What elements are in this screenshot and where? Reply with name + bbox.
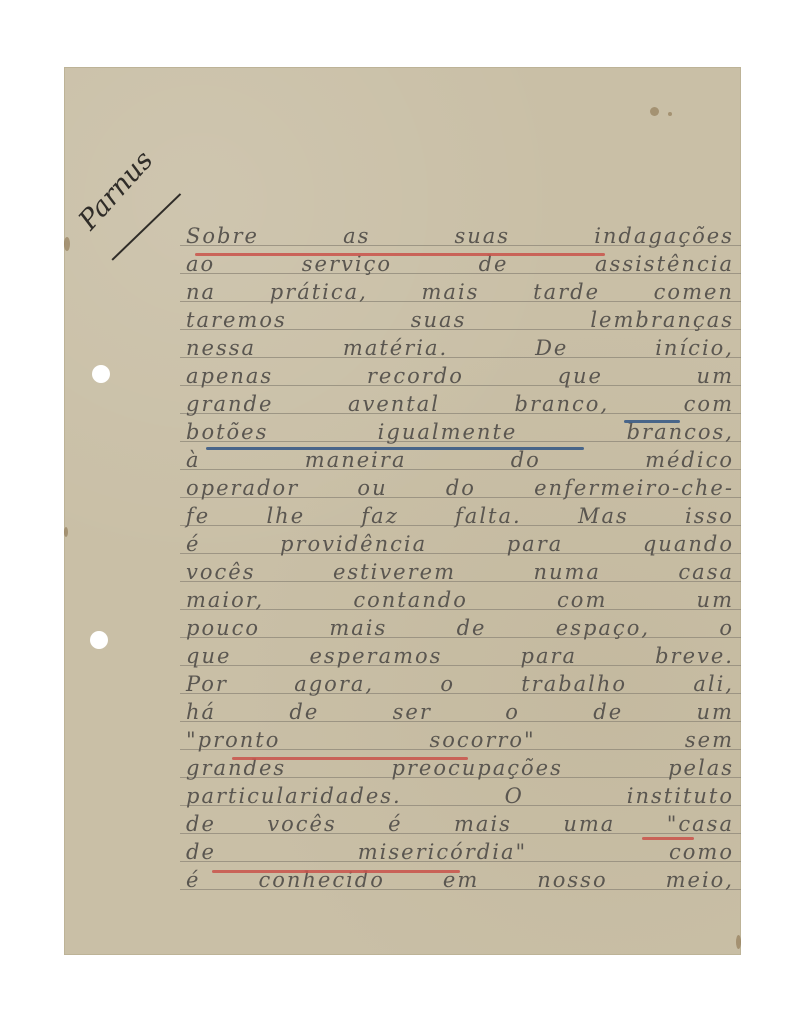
red-underline-line-1 — [195, 253, 605, 256]
handwritten-word: de — [186, 841, 216, 863]
handwritten-word: quando — [643, 533, 734, 555]
red-underline-line-19 — [232, 757, 468, 760]
handwritten-word: trabalho — [521, 673, 627, 695]
text-line-11: felhefazfalta.Masisso — [186, 501, 734, 527]
handwritten-word: mais — [329, 617, 387, 639]
text-line-12: éprovidênciaparaquando — [186, 529, 734, 555]
text-line-5: nessamatéria.Deinício, — [186, 333, 734, 359]
handwritten-word: contando — [353, 589, 468, 611]
handwritten-word: Sobre — [186, 225, 259, 247]
handwritten-word: na — [186, 281, 216, 303]
handwritten-word: "pronto — [186, 729, 280, 751]
handwritten-word: de — [479, 253, 509, 275]
handwritten-word: preocupações — [391, 757, 562, 779]
handwritten-word: instituto — [627, 785, 734, 807]
handwritten-word: há — [186, 701, 216, 723]
handwritten-word: do — [511, 449, 541, 471]
handwritten-word: serviço — [302, 253, 392, 275]
handwritten-word: grandes — [186, 757, 286, 779]
handwritten-word: isso — [685, 505, 734, 527]
handwritten-word: mais — [422, 281, 480, 303]
handwritten-word: maneira — [305, 449, 407, 471]
handwritten-word: uma — [563, 813, 615, 835]
handwritten-word: igualmente — [378, 421, 518, 443]
handwritten-word: casa — [678, 561, 734, 583]
handwritten-word: O — [505, 785, 524, 807]
text-line-15: poucomaisdeespaço,o — [186, 613, 734, 639]
paper-stain — [668, 112, 672, 116]
handwritten-word: particularidades. — [186, 785, 402, 807]
handwritten-word: meio, — [666, 869, 734, 891]
handwritten-word: nosso — [537, 869, 607, 891]
handwritten-word: do — [446, 477, 476, 499]
text-line-10: operadoroudoenfermeiro-che- — [186, 473, 734, 499]
paper-stain — [64, 527, 68, 537]
text-line-1: Sobreassuasindagações — [186, 221, 734, 247]
handwritten-word: de — [289, 701, 319, 723]
text-line-6: apenasrecordoqueum — [186, 361, 734, 387]
handwritten-word: o — [440, 673, 455, 695]
text-line-7: grandeaventalbranco,com — [186, 389, 734, 415]
handwritten-word: mais — [454, 813, 512, 835]
handwritten-word: brancos, — [627, 421, 734, 443]
handwritten-word: espaço, — [556, 617, 650, 639]
handwritten-word: de — [186, 813, 216, 835]
text-line-17: Poragora,otrabalhoali, — [186, 669, 734, 695]
text-line-3: naprática,maistardecomen — [186, 277, 734, 303]
handwritten-word: médico — [645, 449, 734, 471]
handwritten-word: de — [457, 617, 487, 639]
handwritten-word: De — [535, 337, 568, 359]
handwritten-word: início, — [655, 337, 734, 359]
punch-hole-bottom — [90, 631, 108, 649]
handwritten-word: pelas — [668, 757, 734, 779]
handwritten-word: prática, — [270, 281, 368, 303]
handwritten-word: é — [186, 869, 200, 891]
margin-note: Parnus — [73, 145, 159, 236]
handwritten-word: suas — [454, 225, 510, 247]
handwritten-word: operador — [186, 477, 299, 499]
text-line-18: hádeserodeum — [186, 697, 734, 723]
text-line-4: taremossuaslembranças — [186, 305, 734, 331]
handwritten-word: pouco — [186, 617, 260, 639]
handwritten-word: com — [557, 589, 607, 611]
text-line-24: éconhecidoemnossomeio, — [186, 865, 734, 891]
handwritten-word: para — [507, 533, 564, 555]
handwritten-word: socorro" — [430, 729, 536, 751]
paper-stain — [64, 237, 70, 251]
paper-stain — [736, 935, 741, 949]
handwritten-word: providência — [280, 533, 427, 555]
handwritten-word: é — [186, 533, 200, 555]
handwritten-word: apenas — [186, 365, 273, 387]
handwritten-word: estiverem — [333, 561, 456, 583]
handwritten-word: é — [388, 813, 402, 835]
handwritten-word: ali, — [693, 673, 734, 695]
text-line-14: maior,contandocomum — [186, 585, 734, 611]
text-line-21: particularidades.Oinstituto — [186, 781, 734, 807]
handwritten-word: assistência — [595, 253, 734, 275]
handwritten-word: um — [697, 365, 734, 387]
handwritten-word: para — [521, 645, 578, 667]
text-line-16: queesperamosparabreve. — [186, 641, 734, 667]
red-underline-line-23 — [212, 870, 460, 873]
handwritten-word: que — [186, 645, 231, 667]
handwritten-word: nessa — [186, 337, 256, 359]
handwritten-word: fe — [186, 505, 210, 527]
handwritten-word: ser — [393, 701, 432, 723]
handwritten-word: "casa — [667, 813, 734, 835]
handwritten-word: suas — [411, 309, 467, 331]
handwritten-word: recordo — [367, 365, 464, 387]
handwritten-word: um — [697, 589, 734, 611]
handwritten-word: o — [719, 617, 734, 639]
handwritten-word: esperamos — [309, 645, 442, 667]
handwritten-word: breve. — [655, 645, 734, 667]
handwritten-word: de — [593, 701, 623, 723]
handwritten-word: botões — [186, 421, 268, 443]
handwritten-word: matéria. — [343, 337, 448, 359]
handwritten-word: faz — [361, 505, 398, 527]
handwritten-word: vocês — [186, 561, 255, 583]
blue-underline-line-7 — [206, 447, 584, 450]
handwritten-word: à — [186, 449, 201, 471]
handwritten-word: numa — [533, 561, 600, 583]
handwritten-word: misericórdia" — [358, 841, 527, 863]
handwritten-word: taremos — [186, 309, 287, 331]
handwritten-word: grande — [186, 393, 273, 415]
punch-hole-top — [92, 365, 110, 383]
handwritten-word: comen — [654, 281, 734, 303]
text-line-22: devocêsémaisuma"casa — [186, 809, 734, 835]
paper-stain — [650, 107, 659, 116]
handwritten-word: ou — [357, 477, 387, 499]
handwritten-word: enfermeiro-che- — [534, 477, 734, 499]
handwritten-word: sem — [685, 729, 734, 751]
handwritten-word: branco, — [515, 393, 610, 415]
handwritten-word: como — [669, 841, 734, 863]
handwritten-word: um — [697, 701, 734, 723]
text-line-13: vocêsestiveremnumacasa — [186, 557, 734, 583]
handwritten-word: Mas — [578, 505, 629, 527]
text-line-19: "prontosocorro"sem — [186, 725, 734, 751]
handwritten-word: vocês — [267, 813, 336, 835]
red-underline-line-22 — [642, 837, 694, 840]
handwritten-word: o — [505, 701, 520, 723]
handwritten-word: agora, — [294, 673, 374, 695]
handwritten-word: as — [343, 225, 370, 247]
handwritten-word: ao — [186, 253, 215, 275]
handwritten-word: indagações — [594, 225, 734, 247]
handwritten-word: que — [558, 365, 603, 387]
blue-underline-line-6 — [624, 420, 680, 423]
handwritten-word: falta. — [455, 505, 522, 527]
handwritten-word: lembranças — [590, 309, 734, 331]
handwritten-word: tarde — [533, 281, 600, 303]
letter-page: Parnus Sobreassuasindagações aoserviçode… — [64, 67, 741, 955]
handwritten-word: lhe — [266, 505, 305, 527]
handwritten-word: com — [684, 393, 734, 415]
text-line-23: demisericórdia"como — [186, 837, 734, 863]
handwritten-word: Por — [186, 673, 228, 695]
handwritten-word: avental — [348, 393, 440, 415]
handwritten-word: maior, — [186, 589, 264, 611]
